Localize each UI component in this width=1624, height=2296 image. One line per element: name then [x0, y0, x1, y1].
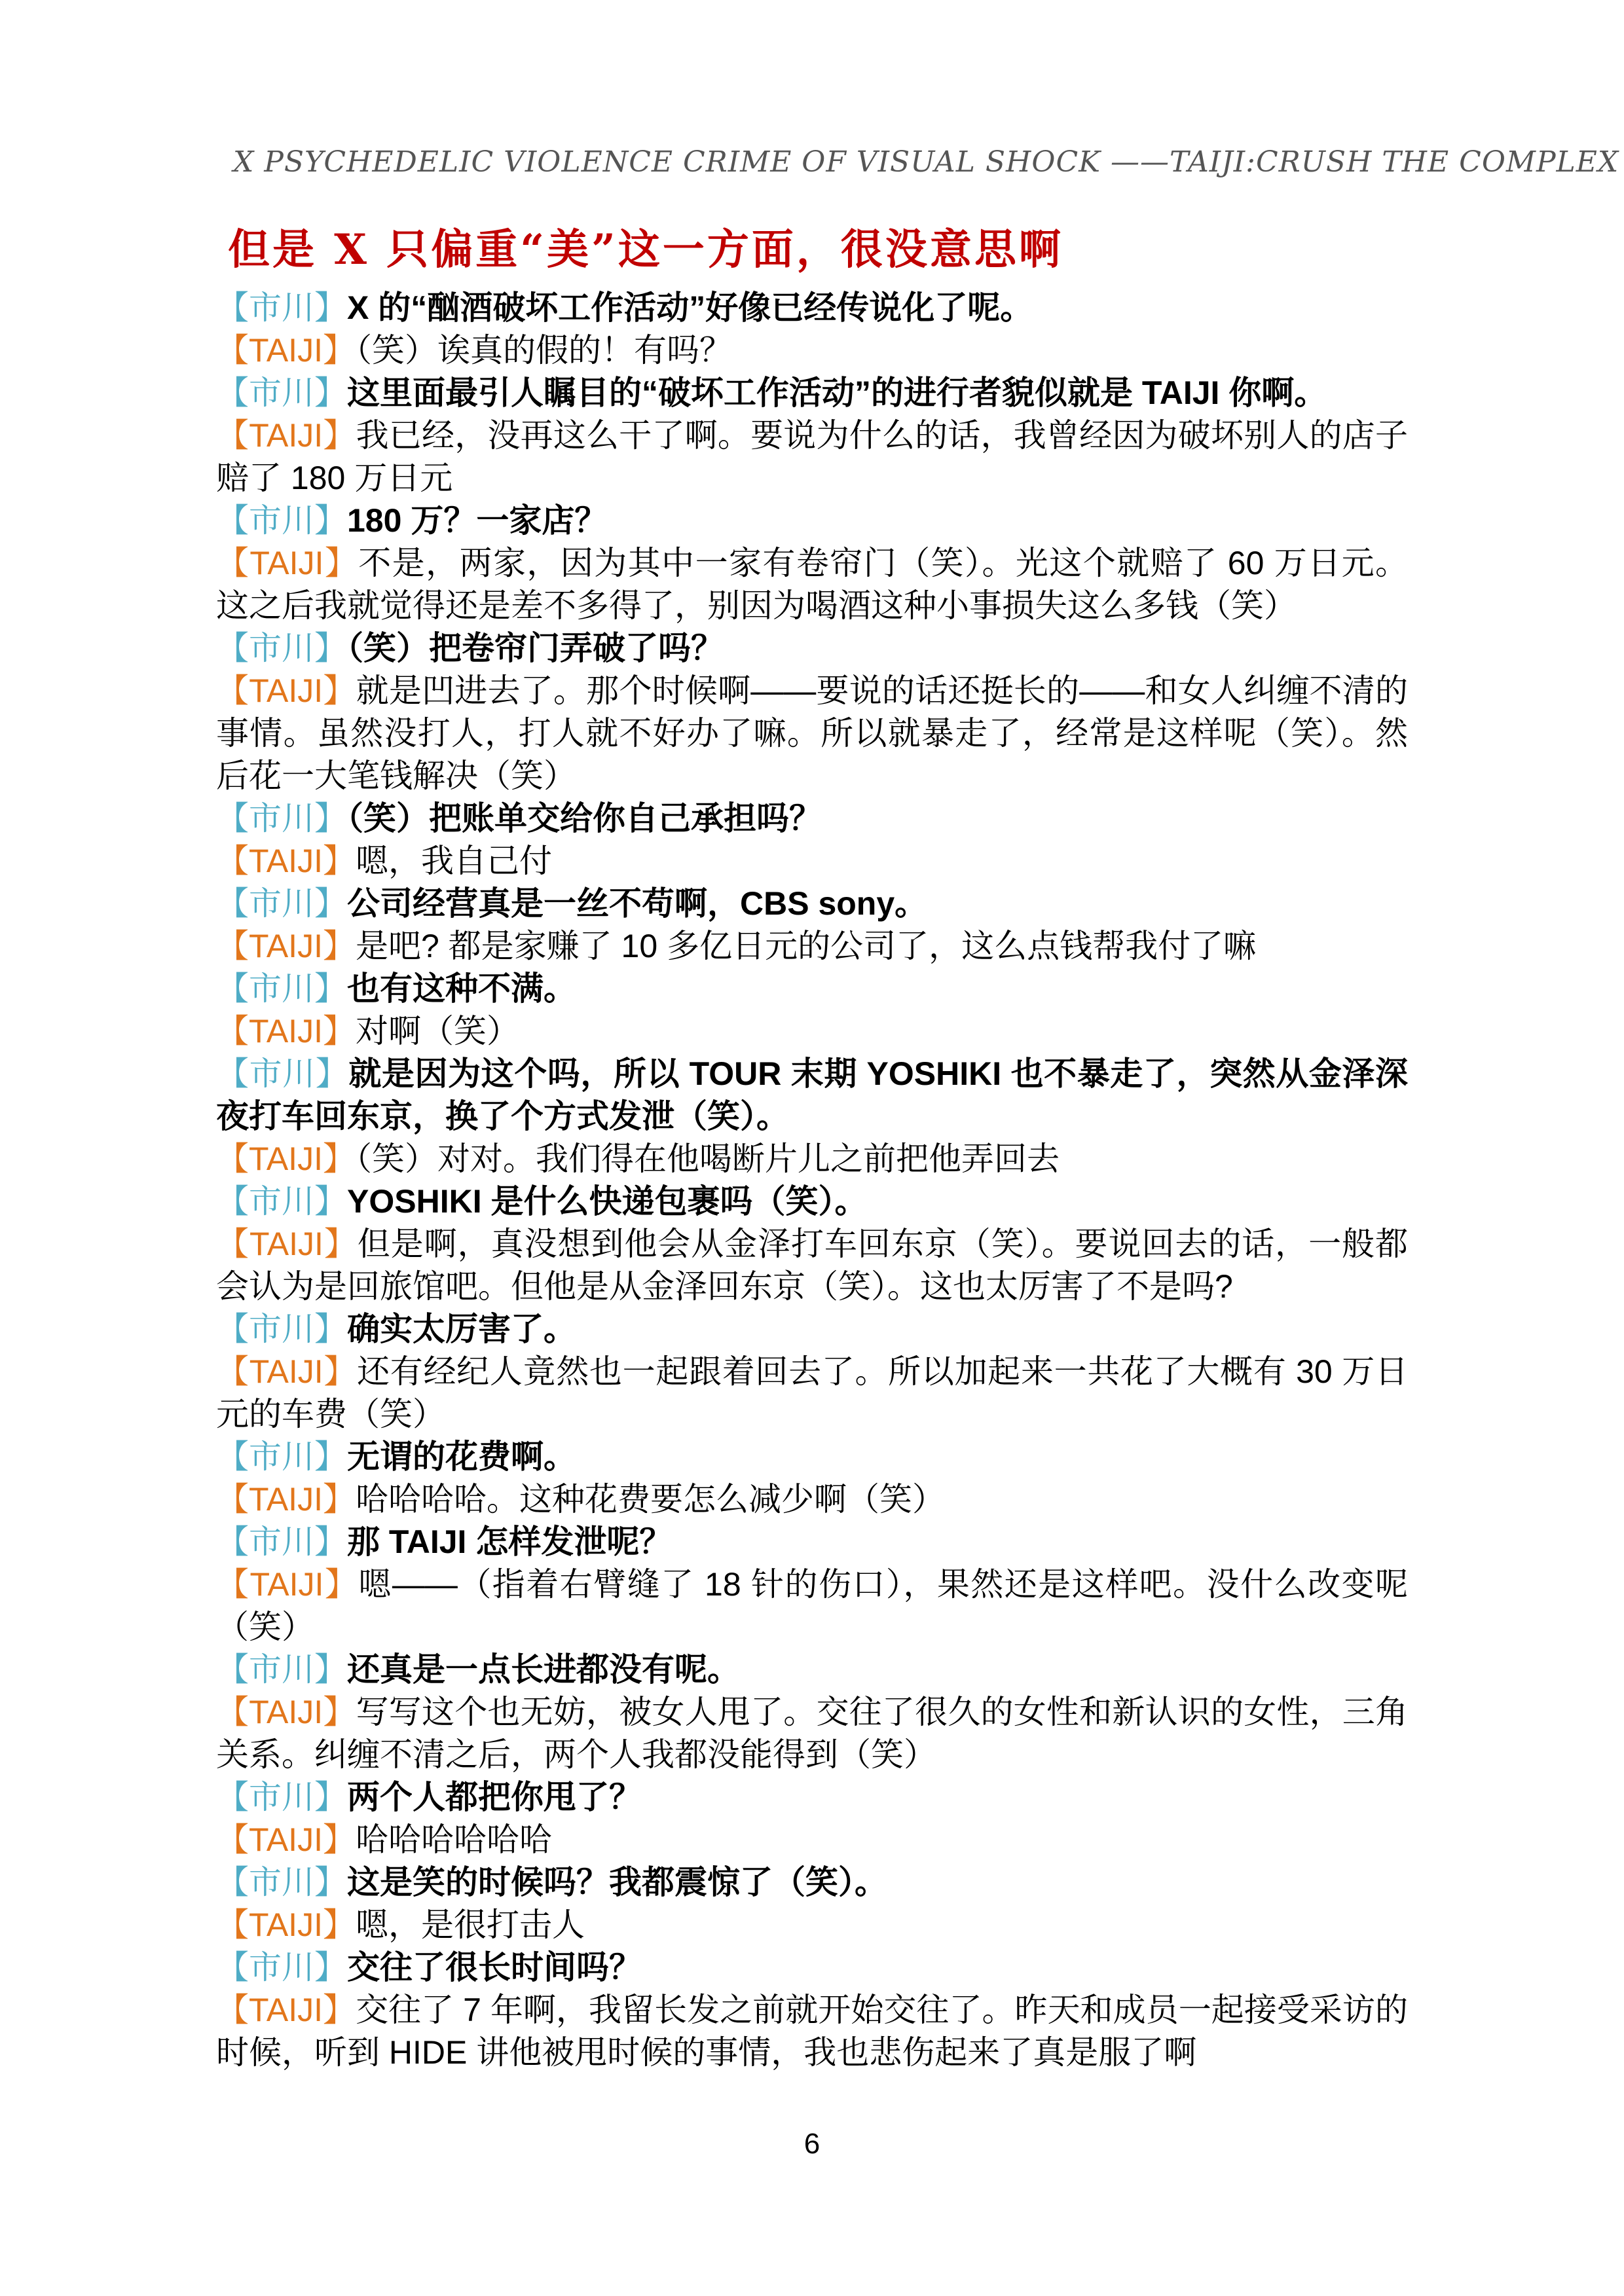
speaker-label-taiji: 【TAIJI】 [216, 672, 356, 709]
dialogue-line-ichikawa: 【市川】交往了很长时间吗？ [216, 1946, 1408, 1989]
dialogue-line-ichikawa: 【市川】确实太厉害了。 [216, 1308, 1408, 1351]
speaker-label-ichikawa: 【市川】 [216, 374, 347, 411]
speaker-label-taiji: 【TAIJI】 [216, 1353, 357, 1390]
speaker-label-ichikawa: 【市川】 [216, 1438, 347, 1475]
speaker-label-ichikawa: 【市川】 [216, 1864, 347, 1901]
dialogue-line-ichikawa: 【市川】（笑）把账单交给你自己承担吗？ [216, 797, 1408, 840]
dialogue-text: 不是，两家，因为其中一家有卷帘门（笑）。光这个就赔了 60 万日元。这之后我就觉… [216, 545, 1408, 624]
speaker-label-ichikawa: 【市川】 [216, 885, 347, 922]
dialogue-text: 嗯，我自己付 [356, 843, 552, 879]
dialogue-line-ichikawa: 【市川】公司经营真是一丝不苟啊，CBS sony。 [216, 883, 1408, 925]
dialogue-line-ichikawa: 【市川】两个人都把你甩了？ [216, 1776, 1408, 1819]
dialogue-text: 这是笑的时候吗？我都震惊了（笑）。 [347, 1864, 887, 1901]
dialogue-line-taiji: 【TAIJI】还有经纪人竟然也一起跟着回去了。所以加起来一共花了大概有 30 万… [216, 1351, 1408, 1436]
dialogue-line-taiji: 【TAIJI】嗯——（指着右臂缝了 18 针的伤口），果然还是这样吧。没什么改变… [216, 1563, 1408, 1649]
document-page: X PSYCHEDELIC VIOLENCE CRIME OF VISUAL S… [0, 0, 1624, 2296]
speaker-label-taiji: 【TAIJI】 [216, 1906, 356, 1943]
dialogue-text: 但是啊，真没想到他会从金泽打车回东京（笑）。要说回去的话，一般都会认为是回旅馆吧… [216, 1226, 1408, 1305]
speaker-label-taiji: 【TAIJI】 [216, 1140, 356, 1177]
dialogue-line-taiji: 【TAIJI】哈哈哈哈哈哈 [216, 1819, 1408, 1861]
speaker-label-taiji: 【TAIJI】 [216, 1481, 356, 1518]
speaker-label-ichikawa: 【市川】 [216, 800, 347, 837]
dialogue-text: （笑）把账单交给你自己承担吗？ [347, 800, 822, 837]
dialogue-text: （笑）诶真的假的！有吗？ [356, 332, 732, 369]
dialogue-line-taiji: 【TAIJI】是吧? 都是家赚了 10 多亿日元的公司了，这么点钱帮我付了嘛 [216, 925, 1408, 968]
dialogue-section: 【市川】X 的“酗酒破坏工作活动”好像已经传说化了呢。【TAIJI】（笑）诶真的… [216, 287, 1408, 2074]
dialogue-line-taiji: 【TAIJI】我已经，没再这么干了啊。要说为什么的话，我曾经因为破坏别人的店子赔… [216, 414, 1408, 500]
dialogue-text: 这里面最引人瞩目的“破坏工作活动”的进行者貌似就是 TAIJI 你啊。 [347, 374, 1327, 411]
dialogue-line-taiji: 【TAIJI】交往了 7 年啊，我留长发之前就开始交往了。昨天和成员一起接受采访… [216, 1989, 1408, 2074]
speaker-label-ichikawa: 【市川】 [216, 1311, 347, 1347]
dialogue-text: 无谓的花费啊。 [347, 1438, 576, 1475]
dialogue-line-taiji: 【TAIJI】但是啊，真没想到他会从金泽打车回东京（笑）。要说回去的话，一般都会… [216, 1223, 1408, 1308]
dialogue-text: 哈哈哈哈哈哈 [356, 1821, 552, 1858]
dialogue-line-taiji: 【TAIJI】哈哈哈哈。这种花费要怎么减少啊（笑） [216, 1478, 1408, 1521]
dialogue-line-ichikawa: 【市川】180 万？一家店？ [216, 500, 1408, 542]
dialogue-line-ichikawa: 【市川】X 的“酗酒破坏工作活动”好像已经传说化了呢。 [216, 287, 1408, 329]
dialogue-line-ichikawa: 【市川】就是因为这个吗，所以 TOUR 末期 YOSHIKI 也不暴走了，突然从… [216, 1053, 1408, 1138]
dialogue-text: X 的“酗酒破坏工作活动”好像已经传说化了呢。 [347, 289, 1033, 326]
dialogue-line-taiji: 【TAIJI】嗯，是很打击人 [216, 1904, 1408, 1946]
dialogue-text: 交往了很长时间吗？ [347, 1949, 642, 1986]
speaker-label-taiji: 【TAIJI】 [216, 1821, 356, 1858]
speaker-label-ichikawa: 【市川】 [216, 1055, 348, 1092]
dialogue-text: 对啊（笑） [356, 1013, 519, 1049]
dialogue-text: YOSHIKI 是什么快递包裹吗（笑）。 [347, 1183, 867, 1220]
dialogue-line-taiji: 【TAIJI】写写这个也无妨，被女人甩了。交往了很久的女性和新认识的女性，三角关… [216, 1691, 1408, 1776]
speaker-label-taiji: 【TAIJI】 [216, 545, 358, 581]
speaker-label-taiji: 【TAIJI】 [216, 417, 356, 454]
speaker-label-taiji: 【TAIJI】 [216, 1013, 356, 1049]
dialogue-text: 那 TAIJI 怎样发泄呢？ [347, 1523, 672, 1560]
dialogue-text: 就是凹进去了。那个时候啊——要说的话还挺长的——和女人纠缠不清的事情。虽然没打人… [216, 672, 1408, 794]
dialogue-line-ichikawa: 【市川】这是笑的时候吗？我都震惊了（笑）。 [216, 1861, 1408, 1904]
speaker-label-taiji: 【TAIJI】 [216, 332, 356, 369]
section-title: 但是 X 只偏重“美”这一方面，很没意思啊 [228, 216, 1407, 276]
speaker-label-ichikawa: 【市川】 [216, 970, 347, 1007]
dialogue-text: 也有这种不满。 [347, 970, 576, 1007]
dialogue-line-taiji: 【TAIJI】嗯，我自己付 [216, 840, 1408, 883]
dialogue-text: 确实太厉害了。 [347, 1311, 576, 1347]
dialogue-text: （笑）对对。我们得在他喝断片儿之前把他弄回去 [356, 1140, 1060, 1177]
dialogue-line-taiji: 【TAIJI】就是凹进去了。那个时候啊——要说的话还挺长的——和女人纠缠不清的事… [216, 670, 1408, 797]
speaker-label-ichikawa: 【市川】 [216, 1651, 347, 1688]
speaker-label-taiji: 【TAIJI】 [216, 1992, 356, 2028]
speaker-label-taiji: 【TAIJI】 [216, 1566, 358, 1603]
dialogue-text: 哈哈哈哈。这种花费要怎么减少啊（笑） [356, 1481, 945, 1518]
dialogue-line-taiji: 【TAIJI】（笑）对对。我们得在他喝断片儿之前把他弄回去 [216, 1138, 1408, 1180]
dialogue-line-ichikawa: 【市川】YOSHIKI 是什么快递包裹吗（笑）。 [216, 1180, 1408, 1223]
dialogue-text: 嗯——（指着右臂缝了 18 针的伤口），果然还是这样吧。没什么改变呢（笑） [216, 1566, 1408, 1645]
dialogue-text: 就是因为这个吗，所以 TOUR 末期 YOSHIKI 也不暴走了，突然从金泽深夜… [216, 1055, 1408, 1135]
dialogue-line-ichikawa: 【市川】还真是一点长进都没有呢。 [216, 1649, 1408, 1691]
dialogue-text: 还有经纪人竟然也一起跟着回去了。所以加起来一共花了大概有 30 万日元的车费（笑… [216, 1353, 1408, 1432]
speaker-label-ichikawa: 【市川】 [216, 1949, 347, 1986]
speaker-label-ichikawa: 【市川】 [216, 502, 347, 539]
speaker-label-taiji: 【TAIJI】 [216, 928, 356, 964]
dialogue-text: 公司经营真是一丝不苟啊，CBS sony。 [347, 885, 927, 922]
dialogue-text: 还真是一点长进都没有呢。 [347, 1651, 740, 1688]
dialogue-text: 是吧? 都是家赚了 10 多亿日元的公司了，这么点钱帮我付了嘛 [356, 928, 1256, 964]
dialogue-line-taiji: 【TAIJI】对啊（笑） [216, 1010, 1408, 1053]
speaker-label-ichikawa: 【市川】 [216, 1779, 347, 1815]
speaker-label-ichikawa: 【市川】 [216, 1523, 347, 1560]
speaker-label-ichikawa: 【市川】 [216, 1183, 347, 1220]
speaker-label-ichikawa: 【市川】 [216, 289, 347, 326]
dialogue-text: 两个人都把你甩了？ [347, 1779, 642, 1815]
dialogue-text: 交往了 7 年啊，我留长发之前就开始交往了。昨天和成员一起接受采访的时候，听到 … [216, 1992, 1408, 2071]
dialogue-text: 嗯，是很打击人 [356, 1906, 585, 1943]
dialogue-line-taiji: 【TAIJI】（笑）诶真的假的！有吗？ [216, 329, 1408, 372]
speaker-label-taiji: 【TAIJI】 [216, 1226, 358, 1262]
page-header: X PSYCHEDELIC VIOLENCE CRIME OF VISUAL S… [233, 145, 1412, 179]
speaker-label-ichikawa: 【市川】 [216, 630, 347, 666]
dialogue-text: 我已经，没再这么干了啊。要说为什么的话，我曾经因为破坏别人的店子赔了 180 万… [216, 417, 1408, 496]
dialogue-line-ichikawa: 【市川】无谓的花费啊。 [216, 1436, 1408, 1478]
speaker-label-taiji: 【TAIJI】 [216, 843, 356, 879]
page-number: 6 [0, 2128, 1624, 2160]
dialogue-line-ichikawa: 【市川】也有这种不满。 [216, 968, 1408, 1010]
dialogue-line-ichikawa: 【市川】那 TAIJI 怎样发泄呢？ [216, 1521, 1408, 1563]
dialogue-line-taiji: 【TAIJI】不是，两家，因为其中一家有卷帘门（笑）。光这个就赔了 60 万日元… [216, 542, 1408, 627]
dialogue-text: 180 万？一家店？ [347, 502, 607, 539]
speaker-label-taiji: 【TAIJI】 [216, 1694, 356, 1730]
dialogue-text: （笑）把卷帘门弄破了吗？ [347, 630, 724, 666]
dialogue-line-ichikawa: 【市川】这里面最引人瞩目的“破坏工作活动”的进行者貌似就是 TAIJI 你啊。 [216, 372, 1408, 414]
dialogue-text: 写写这个也无妨，被女人甩了。交往了很久的女性和新认识的女性，三角关系。纠缠不清之… [216, 1694, 1408, 1773]
dialogue-line-ichikawa: 【市川】（笑）把卷帘门弄破了吗？ [216, 627, 1408, 670]
